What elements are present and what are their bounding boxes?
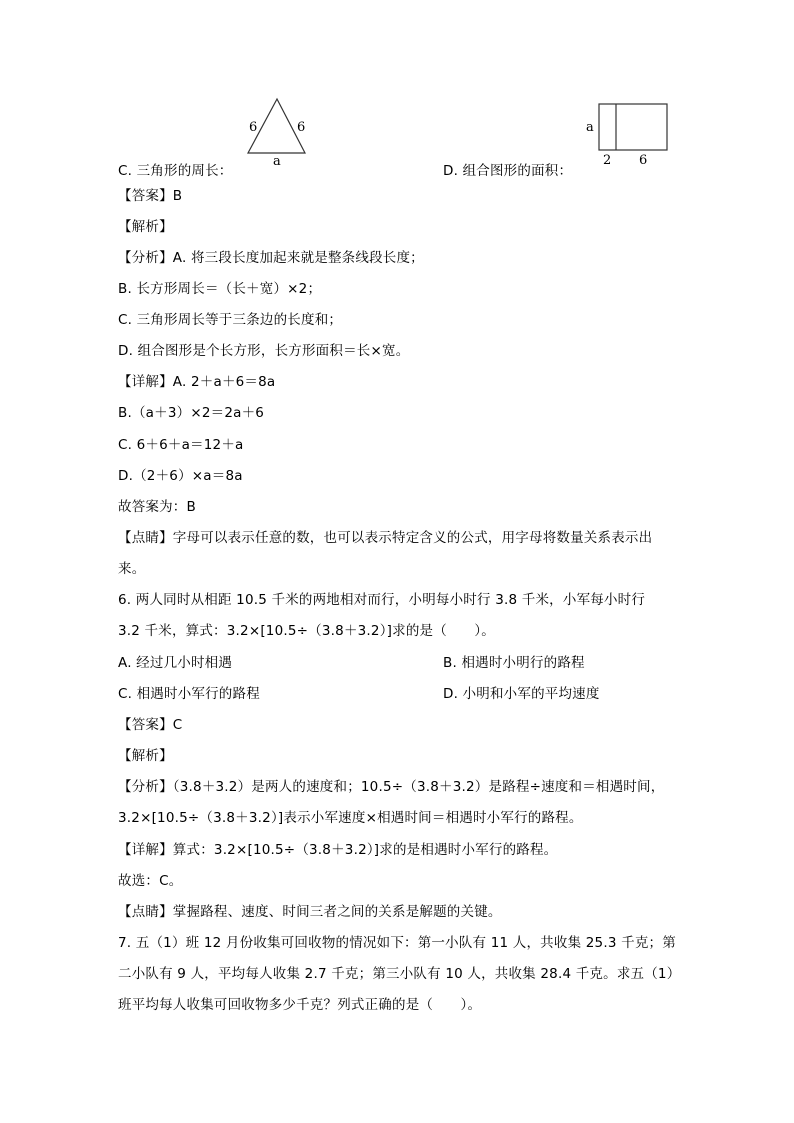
- q5-answer: 【答案】B: [118, 186, 182, 206]
- rectangle-figure: a 2 6: [580, 95, 680, 170]
- q6-option-d: D. 小明和小军的平均速度: [443, 684, 600, 704]
- q5-detail-line: 【详解】A. 2＋a＋6＝8a: [118, 372, 275, 392]
- rectangle-height-label: a: [586, 120, 594, 135]
- q7-stem-line: 班平均每人收集可回收物多少千克？列式正确的是（ ）。: [118, 995, 481, 1015]
- q7-stem-line: 二小队有 9 人，平均每人收集 2.7 千克；第三小队有 10 人，共收集 28…: [118, 964, 680, 984]
- q5-detail-line: B.（a＋3）×2＝2a＋6: [118, 403, 264, 423]
- q5-analysis-line: C. 三角形周长等于三条边的长度和；: [118, 310, 342, 330]
- q7-stem-line: 7. 五（1）班 12 月份收集可回收物的情况如下：第一小队有 11 人，共收集…: [118, 933, 676, 953]
- q5-option-c: C. 三角形的周长：: [118, 161, 233, 181]
- q5-detail-line: D.（2＋6）×a＝8a: [118, 466, 243, 486]
- triangle-base-label: a: [273, 154, 281, 169]
- q6-stem-line: 3.2 千米，算式：3.2×[10.5÷（3.8＋3.2）]求的是（ ）。: [118, 621, 495, 641]
- q6-conclusion: 故选：C。: [118, 871, 182, 891]
- q5-option-d: D. 组合图形的面积：: [443, 161, 572, 181]
- q6-analysis-line: 3.2×[10.5÷（3.8＋3.2）]表示小军速度×相遇时间＝相遇时小军行的路…: [118, 808, 583, 828]
- q6-option-c: C. 相遇时小军行的路程: [118, 684, 260, 704]
- q6-stem-line: 6. 两人同时从相距 10.5 千米的两地相对而行，小明每小时行 3.8 千米，…: [118, 590, 645, 610]
- q5-tip-line: 【点睛】字母可以表示任意的数，也可以表示特定含义的公式，用字母将数量关系表示出: [118, 528, 652, 548]
- q6-tip: 【点睛】掌握路程、速度、时间三者之间的关系是解题的关键。: [118, 902, 502, 922]
- triangle-right-side-label: 6: [297, 120, 305, 135]
- q5-analysis-line: 【分析】A. 将三段长度加起来就是整条线段长度；: [118, 248, 424, 268]
- q5-conclusion: 故答案为：B: [118, 497, 196, 517]
- triangle-left-side-label: 6: [249, 120, 257, 135]
- q6-detail: 【详解】算式：3.2×[10.5÷（3.8＋3.2）]求的是相遇时小军行的路程。: [118, 840, 557, 860]
- rectangle-width-left-label: 2: [603, 153, 611, 168]
- q6-option-b: B. 相遇时小明行的路程: [443, 653, 585, 673]
- q6-analysis-header: 【解析】: [118, 746, 173, 766]
- q5-tip-line: 来。: [118, 559, 145, 579]
- q5-analysis-line: D. 组合图形是个长方形，长方形面积＝长×宽。: [118, 341, 409, 361]
- q6-analysis-line: 【分析】（3.8＋3.2）是两人的速度和；10.5÷（3.8＋3.2）是路程÷速…: [118, 777, 664, 797]
- q5-detail-line: C. 6＋6＋a＝12＋a: [118, 435, 244, 455]
- triangle-figure: 6 6 a: [240, 92, 320, 170]
- rectangle-width-right-label: 6: [639, 153, 647, 168]
- q6-answer: 【答案】C: [118, 715, 182, 735]
- q5-analysis-line: B. 长方形周长＝（长＋宽）×2；: [118, 279, 321, 299]
- q6-option-a: A. 经过几小时相遇: [118, 653, 232, 673]
- q5-analysis-header: 【解析】: [118, 217, 173, 237]
